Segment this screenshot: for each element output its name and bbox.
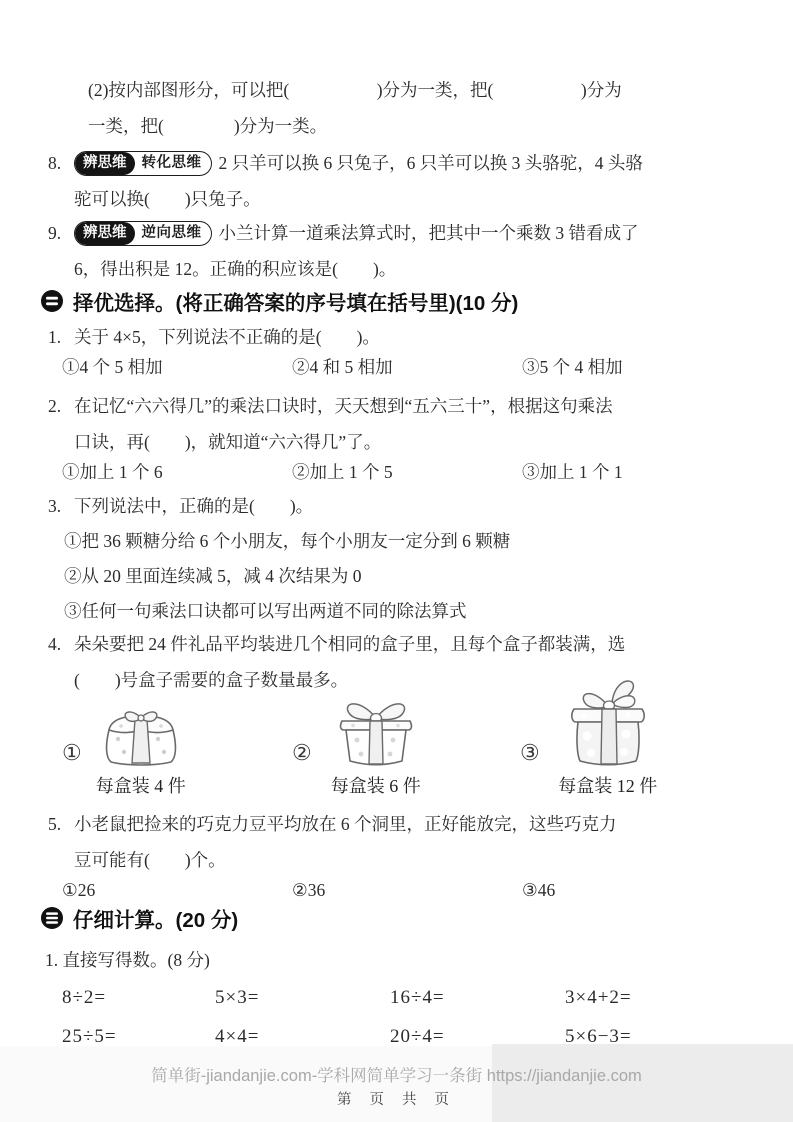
gift-option-2: ② 每盒装 6 件 bbox=[292, 690, 426, 798]
question-text: 下列说法中，正确的是( )。 bbox=[74, 488, 765, 524]
watermark-text: 简单街-jiandanjie.com-学科网简单学习一条街 https://ji… bbox=[0, 1062, 793, 1086]
option: ①4 个 5 相加 bbox=[62, 349, 292, 385]
question-number: 8. bbox=[48, 145, 74, 217]
option: ①加上 1 个 6 bbox=[62, 454, 292, 490]
choice-question-2: 2. 在记忆“六六得几”的乘法口诀时，天天想到“五六三十”，根据这句乘法 口诀，… bbox=[48, 388, 765, 490]
question-8: 8. 辨思维转化思维2 只羊可以换 6 只兔子，6 只羊可以换 3 头骆驼，4 … bbox=[48, 145, 765, 217]
option: ②从 20 里面连续减 5，减 4 次结果为 0 bbox=[64, 559, 765, 594]
section-title: 择优选择。(将正确答案的序号填在括号里)(10 分) bbox=[73, 286, 518, 316]
option: ②4 和 5 相加 bbox=[292, 349, 522, 385]
question-number: 4. bbox=[48, 626, 74, 698]
gift-caption: 每盒装 4 件 bbox=[96, 772, 186, 798]
page-number-line: 第 页 共 页 bbox=[0, 1088, 793, 1109]
badge-category-label: 辨思维 bbox=[75, 222, 135, 245]
badge-skill-label: 转化思维 bbox=[135, 151, 211, 176]
question-text: 在记忆“六六得几”的乘法口诀时，天天想到“五六三十”，根据这句乘法 bbox=[74, 388, 765, 424]
question-text-span: 小兰计算一道乘法算式时，把其中一个乘数 3 错看成了 bbox=[219, 223, 639, 243]
gift-options-figure: ① 每盒装 4 件 ② bbox=[48, 692, 765, 804]
gift-box-small-icon bbox=[97, 706, 185, 768]
option: ③任何一句乘法口诀都可以写出两道不同的除法算式 bbox=[64, 594, 765, 629]
question-text-span: 2 只羊可以换 6 只兔子，6 只羊可以换 3 头骆驼，4 头骆 bbox=[219, 153, 643, 173]
question-9: 9. 辨思维逆向思维小兰计算一道乘法算式时，把其中一个乘数 3 错看成了 6，得… bbox=[48, 215, 765, 287]
calc-row-1: 8÷2= 5×3= 16÷4= 3×4+2= bbox=[48, 980, 765, 1016]
option-row: ①4 个 5 相加 ②4 和 5 相加 ③5 个 4 相加 bbox=[48, 349, 765, 385]
section-header-calculate: 仔细计算。(20 分) bbox=[40, 903, 765, 933]
question-text: 一类，把( )分为一类。 bbox=[88, 108, 765, 144]
badge-category-label: 辨思维 bbox=[75, 152, 135, 175]
choice-question-5: 5. 小老鼠把捡来的巧克力豆平均放在 6 个洞里，正好能放完，这些巧克力 豆可能… bbox=[48, 806, 765, 908]
circled-number: ③ bbox=[520, 742, 540, 764]
question-text: 辨思维转化思维2 只羊可以换 6 只兔子，6 只羊可以换 3 头骆驼，4 头骆 bbox=[74, 145, 765, 181]
section-header-choose: 择优选择。(将正确答案的序号填在括号里)(10 分) bbox=[40, 286, 765, 316]
option: ③加上 1 个 1 bbox=[522, 454, 765, 490]
circled-number: ② bbox=[292, 742, 312, 764]
question-text: 朵朵要把 24 件礼品平均装进几个相同的盒子里，且每个盒子都装满，选 bbox=[74, 626, 765, 662]
gift-caption: 每盒装 12 件 bbox=[558, 772, 657, 798]
choice-question-1: 1. 关于 4×5，下列说法不正确的是( )。 ①4 个 5 相加 ②4 和 5… bbox=[48, 319, 765, 385]
gift-option-3: ③ 每盒装 12 件 bbox=[520, 676, 662, 798]
question-text: 辨思维逆向思维小兰计算一道乘法算式时，把其中一个乘数 3 错看成了 bbox=[74, 215, 765, 251]
gift-option-1: ① 每盒装 4 件 bbox=[62, 706, 186, 798]
option: ①把 36 颗糖分给 6 个小朋友，每个小朋友一定分到 6 颗糖 bbox=[64, 524, 765, 559]
option: ③5 个 4 相加 bbox=[522, 349, 765, 385]
section-title: 仔细计算。(20 分) bbox=[73, 903, 238, 933]
calc-expression: 8÷2= bbox=[62, 980, 215, 1016]
question-text: 6，得出积是 12。正确的积应该是( )。 bbox=[74, 251, 765, 287]
thinking-badge: 辨思维转化思维 bbox=[74, 151, 212, 176]
option-row: ①加上 1 个 6 ②加上 1 个 5 ③加上 1 个 1 bbox=[48, 454, 765, 490]
question-text: (2)按内部图形分，可以把( )分为一类，把( )分为 bbox=[88, 72, 765, 108]
sub-question-text: 1. 直接写得数。(8 分) bbox=[45, 942, 765, 978]
option: ②加上 1 个 5 bbox=[292, 454, 522, 490]
calc-subtitle: 1. 直接写得数。(8 分) bbox=[45, 942, 765, 978]
question-text: 驼可以换( )只兔子。 bbox=[74, 181, 765, 217]
calc-expression: 5×3= bbox=[215, 980, 390, 1016]
question-text: 小老鼠把捡来的巧克力豆平均放在 6 个洞里，正好能放完，这些巧克力 bbox=[74, 806, 765, 842]
thinking-badge: 辨思维逆向思维 bbox=[74, 221, 212, 246]
section-three-icon bbox=[40, 906, 64, 930]
section-two-icon bbox=[40, 289, 64, 313]
fill-blank-item-2: (2)按内部图形分，可以把( )分为一类，把( )分为 一类，把( )分为一类。 bbox=[48, 72, 765, 144]
worksheet-page: (2)按内部图形分，可以把( )分为一类，把( )分为 一类，把( )分为一类。… bbox=[0, 0, 793, 1122]
question-number: 2. bbox=[48, 388, 74, 460]
question-number: 9. bbox=[48, 215, 74, 287]
calc-expression: 16÷4= bbox=[390, 980, 565, 1016]
badge-skill-label: 逆向思维 bbox=[135, 221, 211, 246]
gift-box-large-icon bbox=[554, 676, 662, 768]
gift-caption: 每盒装 6 件 bbox=[331, 772, 421, 798]
gift-box-medium-icon bbox=[326, 690, 426, 768]
question-number: 5. bbox=[48, 806, 74, 878]
choice-question-3: 3. 下列说法中，正确的是( )。 ①把 36 颗糖分给 6 个小朋友，每个小朋… bbox=[48, 488, 765, 629]
circled-number: ① bbox=[62, 742, 82, 764]
calc-expression: 3×4+2= bbox=[565, 980, 765, 1016]
